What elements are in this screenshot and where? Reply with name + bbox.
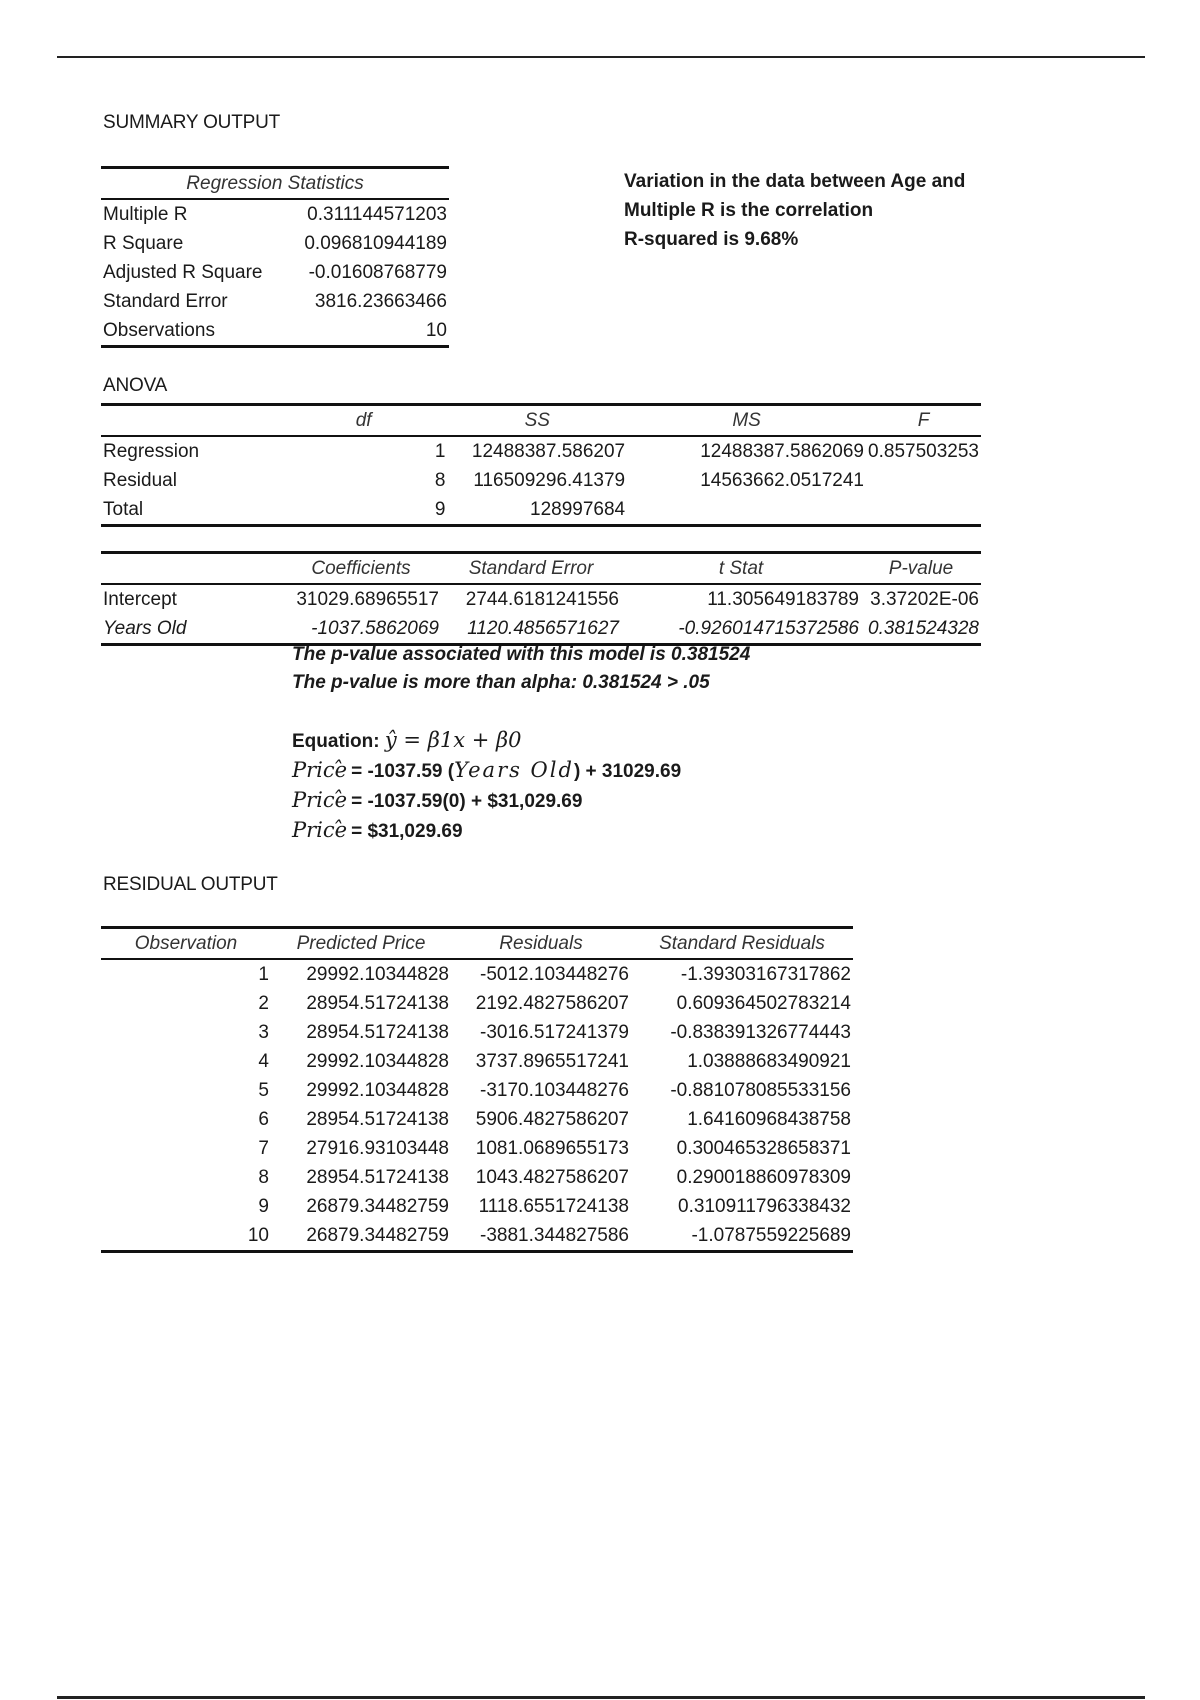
stat-label: Multiple R <box>101 199 285 229</box>
stat-label: Adjusted R Square <box>101 258 285 287</box>
equation-lhs: Price <box>292 788 347 812</box>
residual-value: -5012.103448276 <box>451 959 631 989</box>
equation-rhs: = -1037.59(0) + $31,029.69 <box>351 791 582 812</box>
anova-df: 1 <box>280 436 448 466</box>
residual-standard: 0.290018860978309 <box>631 1163 853 1192</box>
residual-output-title: RESIDUAL OUTPUT <box>103 874 278 896</box>
anova-row: Total9128997684 <box>101 495 981 526</box>
stat-row: Observations10 <box>101 316 449 347</box>
equation-rhs: = -1037.59 ( <box>351 761 454 782</box>
stat-label: R Square <box>101 229 285 258</box>
regression-statistics-header: Regression Statistics <box>101 168 449 200</box>
coef-row-label: Years Old <box>101 614 281 645</box>
coef-p-value: 0.381524328 <box>861 614 981 645</box>
residual-row: 529992.10344828-3170.103448276-0.8810780… <box>101 1076 853 1105</box>
p-value-note: The p-value is more than alpha: 0.381524… <box>292 669 750 697</box>
residual-observation: 10 <box>101 1221 271 1252</box>
equation-line: Pricê= -1037.59(0) + $31,029.69 <box>292 786 681 816</box>
coef-p-value: 3.37202E-06 <box>861 584 981 614</box>
page-top-rule <box>57 56 1145 58</box>
stat-value: 0.096810944189 <box>285 229 449 258</box>
residual-value: 5906.4827586207 <box>451 1105 631 1134</box>
stat-label: Standard Error <box>101 287 285 316</box>
residual-standard: -0.838391326774443 <box>631 1018 853 1047</box>
residual-value: 1043.4827586207 <box>451 1163 631 1192</box>
equation-lhs: Price <box>292 758 347 782</box>
residual-observation: 2 <box>101 989 271 1018</box>
residual-row: 228954.517241382192.48275862070.60936450… <box>101 989 853 1018</box>
residual-observation: 6 <box>101 1105 271 1134</box>
residual-predicted-price: 28954.51724138 <box>271 1018 451 1047</box>
residual-value: 2192.4827586207 <box>451 989 631 1018</box>
stat-value: -0.01608768779 <box>285 258 449 287</box>
coef-row: Years Old-1037.58620691120.4856571627-0.… <box>101 614 981 645</box>
equation-variable: Years Old <box>454 758 574 782</box>
resid-header-observation: Observation <box>101 928 271 960</box>
stat-row: Multiple R0.311144571203 <box>101 199 449 229</box>
coef-row: Intercept31029.689655172744.618124155611… <box>101 584 981 614</box>
residual-row: 828954.517241381043.48275862070.29001886… <box>101 1163 853 1192</box>
equation-label: Equation: <box>292 731 380 752</box>
residual-row: 328954.51724138-3016.517241379-0.8383913… <box>101 1018 853 1047</box>
residual-row: 129992.10344828-5012.103448276-1.3930316… <box>101 959 853 989</box>
anova-df: 8 <box>280 466 448 495</box>
anova-header-ms: MS <box>627 405 866 437</box>
p-value-note: The p-value associated with this model i… <box>292 641 750 669</box>
coef-value: 31029.68965517 <box>281 584 441 614</box>
anova-table: df SS MS F Regression112488387.586207124… <box>101 403 981 527</box>
residual-row: 727916.931034481081.06896551730.30046532… <box>101 1134 853 1163</box>
anova-f: 0.857503253 <box>866 436 981 466</box>
anova-header-f: F <box>866 405 981 437</box>
residual-standard: -0.881078085533156 <box>631 1076 853 1105</box>
anova-header <box>101 405 280 437</box>
anova-header-df: df <box>280 405 448 437</box>
residual-predicted-price: 26879.34482759 <box>271 1221 451 1252</box>
residual-row: 628954.517241385906.48275862071.64160968… <box>101 1105 853 1134</box>
page-bottom-rule <box>57 1696 1145 1699</box>
coef-header-coefficients: Coefficients <box>281 553 441 585</box>
residual-standard: -1.39303167317862 <box>631 959 853 989</box>
regression-equation: Equation: ŷ = β1x + β0 Pricê= -1037.59 … <box>292 726 681 846</box>
anova-f <box>866 466 981 495</box>
residual-output-table: Observation Predicted Price Residuals St… <box>101 926 853 1253</box>
residual-standard: 0.609364502783214 <box>631 989 853 1018</box>
coef-t-stat: -0.926014715372586 <box>621 614 861 645</box>
note-line: Multiple R is the correlation <box>624 196 965 225</box>
residual-value: -3881.344827586 <box>451 1221 631 1252</box>
coef-header <box>101 553 281 585</box>
residual-predicted-price: 26879.34482759 <box>271 1192 451 1221</box>
residual-standard: -1.0787559225689 <box>631 1221 853 1252</box>
residual-value: 3737.8965517241 <box>451 1047 631 1076</box>
residual-observation: 3 <box>101 1018 271 1047</box>
residual-predicted-price: 28954.51724138 <box>271 1105 451 1134</box>
p-value-notes: The p-value associated with this model i… <box>292 641 750 697</box>
equation-rhs-tail: ) + 31029.69 <box>574 761 681 782</box>
anova-ms: 14563662.0517241 <box>627 466 866 495</box>
stat-row: R Square0.096810944189 <box>101 229 449 258</box>
anova-row-label: Regression <box>101 436 280 466</box>
equation-line: Pricê= -1037.59 (Years Old) + 31029.69 <box>292 756 681 786</box>
residual-row: 926879.344827591118.65517241380.31091179… <box>101 1192 853 1221</box>
resid-header-standard-residuals: Standard Residuals <box>631 928 853 960</box>
note-line: R-squared is 9.68% <box>624 225 965 254</box>
equation-lhs: Price <box>292 818 347 842</box>
residual-row: 1026879.34482759-3881.344827586-1.078755… <box>101 1221 853 1252</box>
residual-standard: 0.300465328658371 <box>631 1134 853 1163</box>
anova-row: Residual8116509296.4137914563662.0517241 <box>101 466 981 495</box>
stat-value: 0.311144571203 <box>285 199 449 229</box>
anova-row-label: Residual <box>101 466 280 495</box>
coef-header-t-stat: t Stat <box>621 553 861 585</box>
stat-value: 10 <box>285 316 449 347</box>
anova-df: 9 <box>280 495 448 526</box>
anova-header-ss: SS <box>447 405 627 437</box>
summary-output-title: SUMMARY OUTPUT <box>103 112 280 134</box>
anova-ss: 12488387.586207 <box>447 436 627 466</box>
residual-observation: 7 <box>101 1134 271 1163</box>
residual-value: 1081.0689655173 <box>451 1134 631 1163</box>
anova-ms: 12488387.5862069 <box>627 436 866 466</box>
resid-header-residuals: Residuals <box>451 928 631 960</box>
regression-statistics-table: Regression Statistics Multiple R0.311144… <box>101 166 449 348</box>
residual-value: 1118.6551724138 <box>451 1192 631 1221</box>
residual-value: -3016.517241379 <box>451 1018 631 1047</box>
coef-standard-error: 2744.6181241556 <box>441 584 621 614</box>
residual-observation: 4 <box>101 1047 271 1076</box>
coef-row-label: Intercept <box>101 584 281 614</box>
equation-formula: ŷ = β1x + β0 <box>385 728 522 752</box>
interpretation-note: Variation in the data between Age and Mu… <box>624 167 965 254</box>
coef-header-standard-error: Standard Error <box>441 553 621 585</box>
resid-header-predicted-price: Predicted Price <box>271 928 451 960</box>
residual-standard: 1.03888683490921 <box>631 1047 853 1076</box>
note-line: Variation in the data between Age and <box>624 167 965 196</box>
equation-line: Pricê= $31,029.69 <box>292 816 681 846</box>
residual-standard: 0.310911796338432 <box>631 1192 853 1221</box>
residual-standard: 1.64160968438758 <box>631 1105 853 1134</box>
anova-ss: 128997684 <box>447 495 627 526</box>
residual-value: -3170.103448276 <box>451 1076 631 1105</box>
coefficients-table: Coefficients Standard Error t Stat P-val… <box>101 551 981 646</box>
anova-row-label: Total <box>101 495 280 526</box>
coef-header-p-value: P-value <box>861 553 981 585</box>
residual-predicted-price: 28954.51724138 <box>271 1163 451 1192</box>
stat-row: Standard Error3816.23663466 <box>101 287 449 316</box>
residual-row: 429992.103448283737.89655172411.03888683… <box>101 1047 853 1076</box>
stat-row: Adjusted R Square-0.01608768779 <box>101 258 449 287</box>
anova-ss: 116509296.41379 <box>447 466 627 495</box>
coef-t-stat: 11.305649183789 <box>621 584 861 614</box>
equation-rhs: = $31,029.69 <box>351 821 462 842</box>
residual-predicted-price: 29992.10344828 <box>271 1076 451 1105</box>
anova-f <box>866 495 981 526</box>
residual-observation: 1 <box>101 959 271 989</box>
stat-label: Observations <box>101 316 285 347</box>
residual-observation: 8 <box>101 1163 271 1192</box>
coef-standard-error: 1120.4856571627 <box>441 614 621 645</box>
residual-observation: 5 <box>101 1076 271 1105</box>
anova-ms <box>627 495 866 526</box>
stat-value: 3816.23663466 <box>285 287 449 316</box>
anova-row: Regression112488387.58620712488387.58620… <box>101 436 981 466</box>
residual-observation: 9 <box>101 1192 271 1221</box>
anova-title: ANOVA <box>103 375 167 397</box>
residual-predicted-price: 29992.10344828 <box>271 959 451 989</box>
coef-value: -1037.5862069 <box>281 614 441 645</box>
equation-general: Equation: ŷ = β1x + β0 <box>292 726 681 756</box>
residual-predicted-price: 29992.10344828 <box>271 1047 451 1076</box>
residual-predicted-price: 28954.51724138 <box>271 989 451 1018</box>
residual-predicted-price: 27916.93103448 <box>271 1134 451 1163</box>
